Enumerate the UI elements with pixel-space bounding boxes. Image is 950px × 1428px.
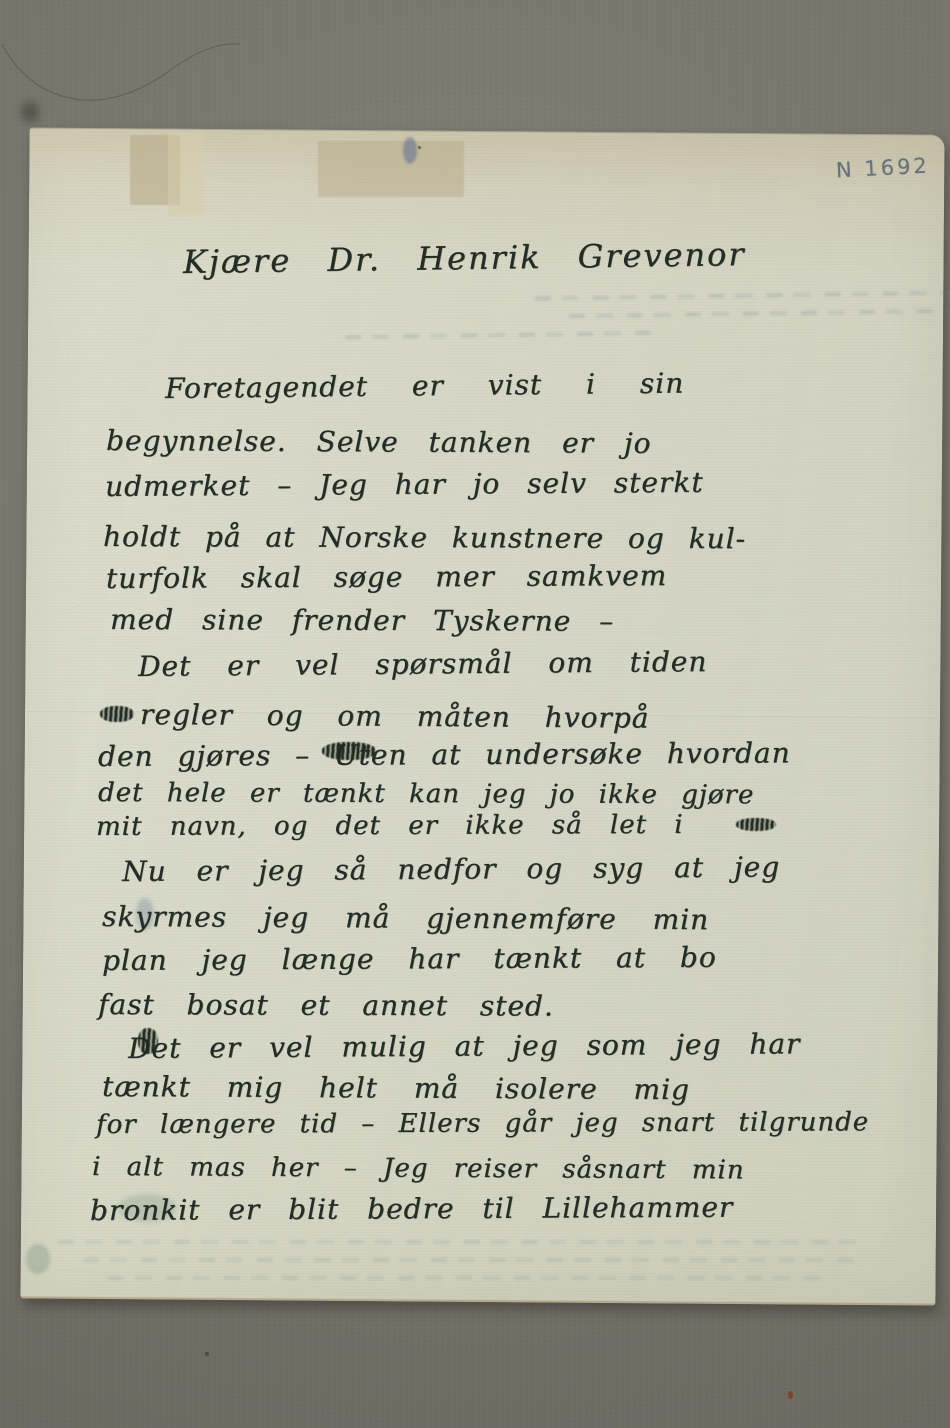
handwriting-line: turfolk skal søge mer samkvem [106,559,667,595]
tape-residue [318,141,464,197]
handwriting-line: den gjøres – Uten at undersøke hvordan [98,736,791,773]
handwriting-line: Nu er jeg så nedfor og syg at jeg [122,850,780,888]
ink-scribble [138,1028,158,1054]
handwriting-line: Foretagendet er vist i sin [165,367,685,405]
ink-scribble [322,742,376,760]
photo-background: N 1692 Kjære Dr. Henrik Grevenor Foretag… [0,0,950,1428]
handwriting-line: tænkt mig helt må isolere mig [102,1070,690,1106]
paper-speck [205,1352,209,1356]
handwriting-line: Det er vel mulig at jeg som jeg har [128,1027,801,1065]
handwriting-line: for længere tid – Ellers går jeg snart t… [96,1107,869,1140]
handwriting-line: regler og om måten hvorpå [140,698,650,735]
handwriting-line: Det er vel spørsmål om tiden [138,645,708,683]
handwriting-line: med sine frender Tyskerne – [110,603,614,638]
rust-speck [788,1391,793,1399]
ink-scribble [100,706,134,722]
handwriting-line: bronkit er blit bedre til Lillehammer [90,1191,733,1227]
handwriting-line: plan jeg længe har tænkt at bo [102,941,717,977]
archive-number: N 1692 [835,154,930,183]
handwriting-line: begynnelse. Selve tanken er jo [106,424,652,460]
salutation-line: Kjære Dr. Henrik Grevenor [183,235,746,281]
handwriting-line: udmerket – Jeg har jo selv sterkt [105,466,704,503]
tape-residue [168,132,204,216]
handwriting-line: mit navn, og det er ikke så let i [96,810,684,842]
handwriting-line: fast bosat et annet sted. [98,988,554,1023]
handwriting-line: det hele er tænkt kan jeg jo ikke gjøre [98,778,754,810]
scratch-mark [0,14,260,134]
handwriting-line: skyrmes jeg må gjennemføre min [102,900,709,936]
handwriting-line: i alt mas her – Jeg reiser såsnart min [92,1152,745,1185]
ink-scribble [736,818,776,831]
handwriting-line: holdt på at Norske kunstnere og kul- [103,520,746,555]
paper-speck [418,146,421,149]
